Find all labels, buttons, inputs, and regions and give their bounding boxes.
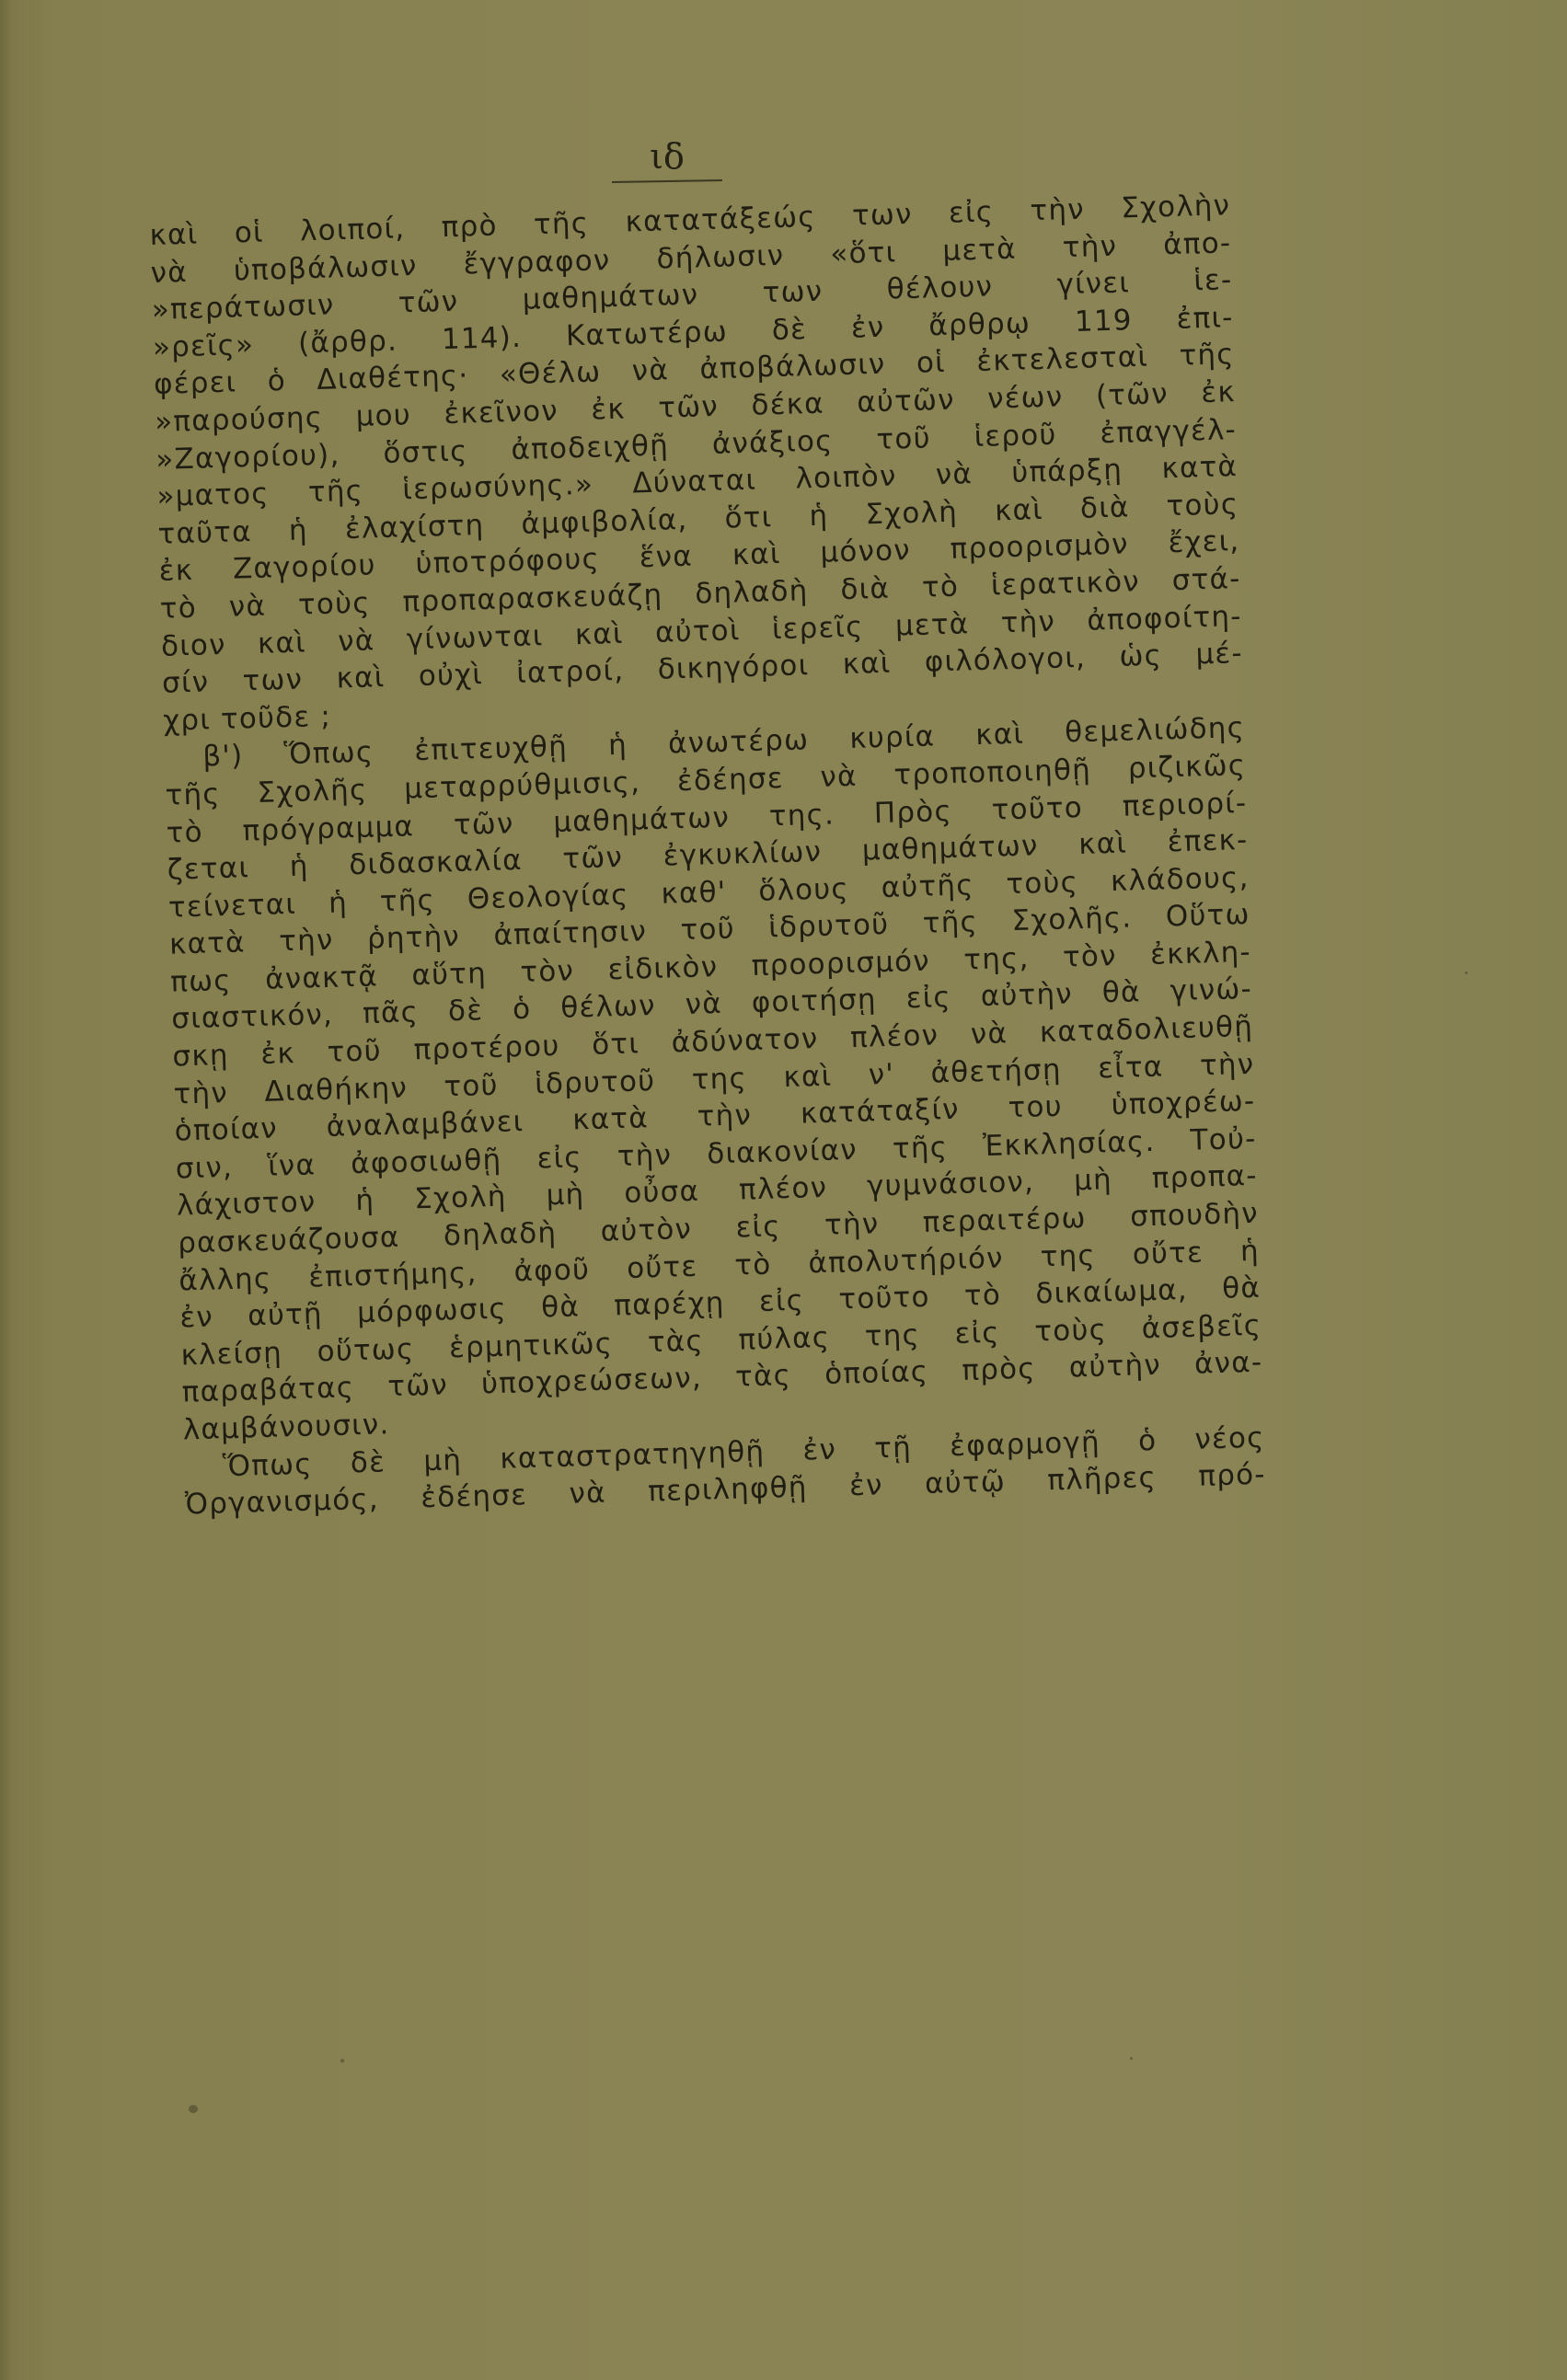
- document-page: ιδ καὶ οἱ λοιποί, πρὸ τῆς κατατάξεώς των…: [0, 0, 1567, 2380]
- paper-speck: [189, 2105, 198, 2113]
- paper-speck: [1465, 972, 1468, 974]
- page-number: ιδ: [635, 136, 699, 177]
- body-text: καὶ οἱ λοιποί, πρὸ τῆς κατατάξεώς των εἰ…: [149, 187, 1266, 1523]
- header-rule: [612, 179, 722, 183]
- paper-speck: [340, 2059, 344, 2063]
- paper-speck: [1130, 2057, 1133, 2060]
